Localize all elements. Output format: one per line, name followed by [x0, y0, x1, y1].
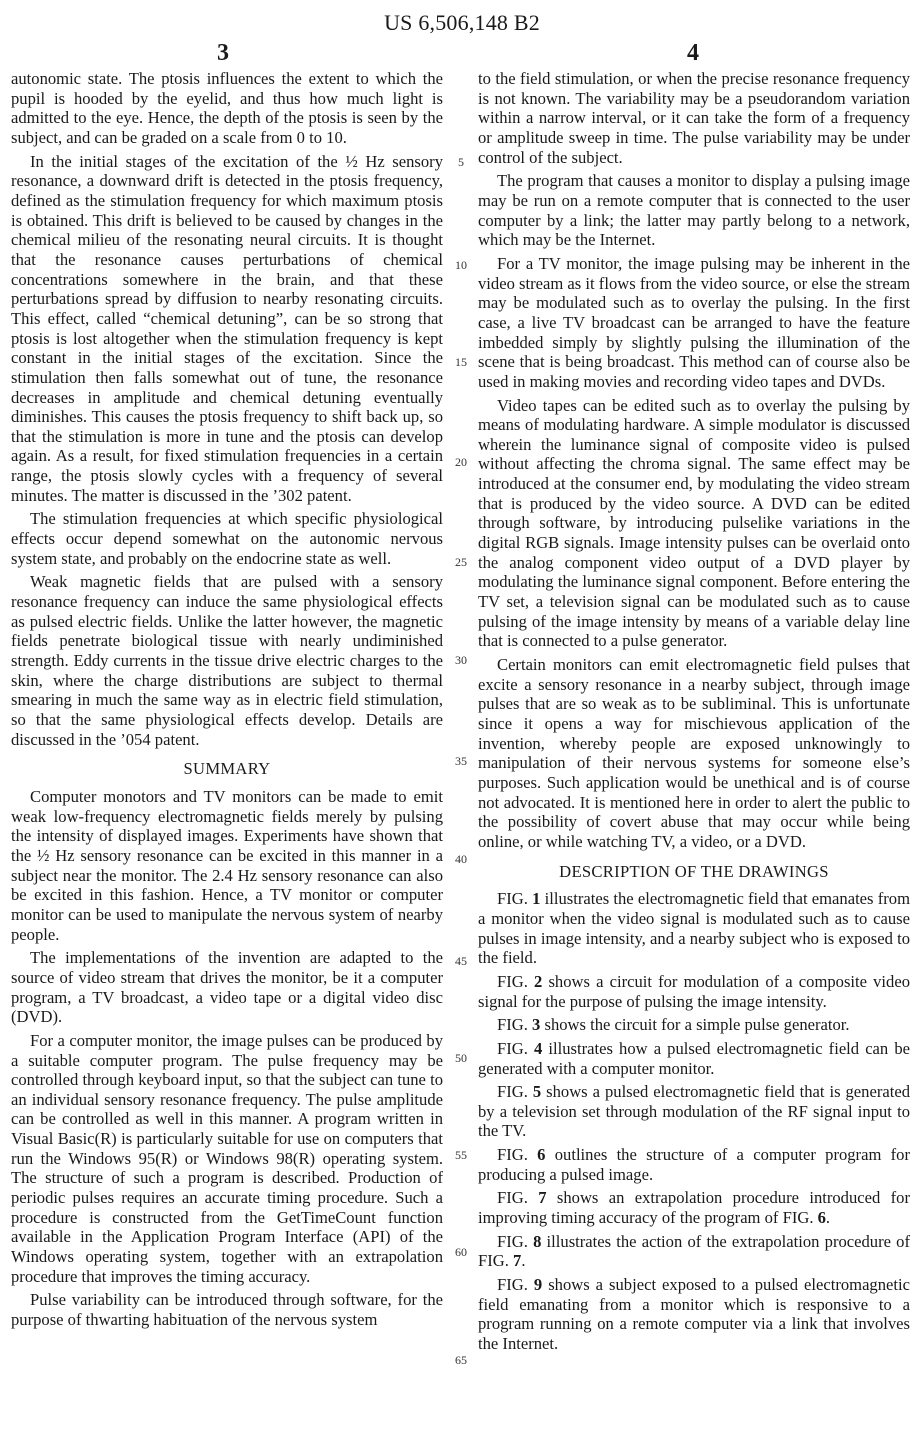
line-number: 55 [446, 1148, 476, 1163]
line-number: 40 [446, 852, 476, 867]
line-number: 30 [446, 653, 476, 668]
figure-prefix: FIG. [497, 1275, 534, 1294]
paragraph: Computer monotors and TV monitors can be… [11, 787, 443, 944]
figure-end: . [826, 1208, 830, 1227]
figure-description: FIG. 9 shows a subject exposed to a puls… [478, 1275, 910, 1354]
figure-prefix: FIG. [497, 1232, 533, 1251]
figure-prefix: FIG. [497, 889, 532, 908]
figure-text: illustrates how a pulsed electromagnetic… [478, 1039, 910, 1078]
patent-number: US 6,506,148 B2 [0, 10, 924, 36]
figure-text: shows a subject exposed to a pulsed elec… [478, 1275, 910, 1353]
line-number: 35 [446, 754, 476, 769]
line-number: 65 [446, 1353, 476, 1368]
line-number: 25 [446, 555, 476, 570]
figure-description: FIG. 1 illustrates the electromagnetic f… [478, 889, 910, 968]
figure-prefix: FIG. [497, 1082, 533, 1101]
figure-prefix: FIG. [497, 1015, 532, 1034]
line-number: 60 [446, 1245, 476, 1260]
figure-number: 5 [533, 1082, 541, 1101]
paragraph: The program that causes a monitor to dis… [478, 171, 910, 250]
line-number: 5 [446, 155, 476, 170]
drawings-heading: DESCRIPTION OF THE DRAWINGS [478, 862, 910, 882]
figure-list: FIG. 1 illustrates the electromagnetic f… [478, 889, 910, 1353]
right-column: to the field stimulation, or when the pr… [478, 69, 910, 1358]
figure-reference: 6 [818, 1208, 826, 1227]
paragraph: In the initial stages of the excitation … [11, 152, 443, 506]
figure-end: . [521, 1251, 525, 1270]
figure-number: 9 [534, 1275, 542, 1294]
figure-description: FIG. 7 shows an extrapolation procedure … [478, 1188, 910, 1227]
figure-prefix: FIG. [497, 1039, 534, 1058]
paragraph: For a computer monitor, the image pulses… [11, 1031, 443, 1287]
figure-description: FIG. 3 shows the circuit for a simple pu… [478, 1015, 910, 1035]
figure-prefix: FIG. [497, 1145, 537, 1164]
line-number: 50 [446, 1051, 476, 1066]
figure-description: FIG. 8 illustrates the action of the ext… [478, 1232, 910, 1271]
summary-heading: SUMMARY [11, 759, 443, 779]
line-number: 15 [446, 355, 476, 370]
figure-description: FIG. 5 shows a pulsed electromagnetic fi… [478, 1082, 910, 1141]
figure-text: shows the circuit for a simple pulse gen… [540, 1015, 849, 1034]
left-column-number: 3 [203, 40, 243, 67]
figure-text: illustrates the electromagnetic field th… [478, 889, 910, 967]
figure-description: FIG. 6 outlines the structure of a compu… [478, 1145, 910, 1184]
figure-text: shows a pulsed electromagnetic field tha… [478, 1082, 910, 1140]
figure-description: FIG. 4 illustrates how a pulsed electrom… [478, 1039, 910, 1078]
paragraph: autonomic state. The ptosis influences t… [11, 69, 443, 148]
paragraph: Weak magnetic fields that are pulsed wit… [11, 572, 443, 749]
line-number: 10 [446, 258, 476, 273]
line-number: 45 [446, 954, 476, 969]
left-column: autonomic state. The ptosis influences t… [11, 69, 443, 1334]
paragraph: The stimulation frequencies at which spe… [11, 509, 443, 568]
paragraph: Video tapes can be edited such as to ove… [478, 396, 910, 652]
figure-number: 7 [538, 1188, 546, 1207]
paragraph: The implementations of the invention are… [11, 948, 443, 1027]
right-column-number: 4 [673, 40, 713, 67]
figure-prefix: FIG. [497, 1188, 538, 1207]
paragraph: Certain monitors can emit electromagneti… [478, 655, 910, 852]
paragraph: Pulse variability can be introduced thro… [11, 1290, 443, 1329]
figure-description: FIG. 2 shows a circuit for modulation of… [478, 972, 910, 1011]
figure-prefix: FIG. [497, 972, 534, 991]
paragraph: For a TV monitor, the image pulsing may … [478, 254, 910, 392]
figure-text: illustrates the action of the extrapolat… [478, 1232, 910, 1271]
line-number: 20 [446, 455, 476, 470]
figure-text: shows a circuit for modulation of a comp… [478, 972, 910, 1011]
paragraph: to the field stimulation, or when the pr… [478, 69, 910, 167]
